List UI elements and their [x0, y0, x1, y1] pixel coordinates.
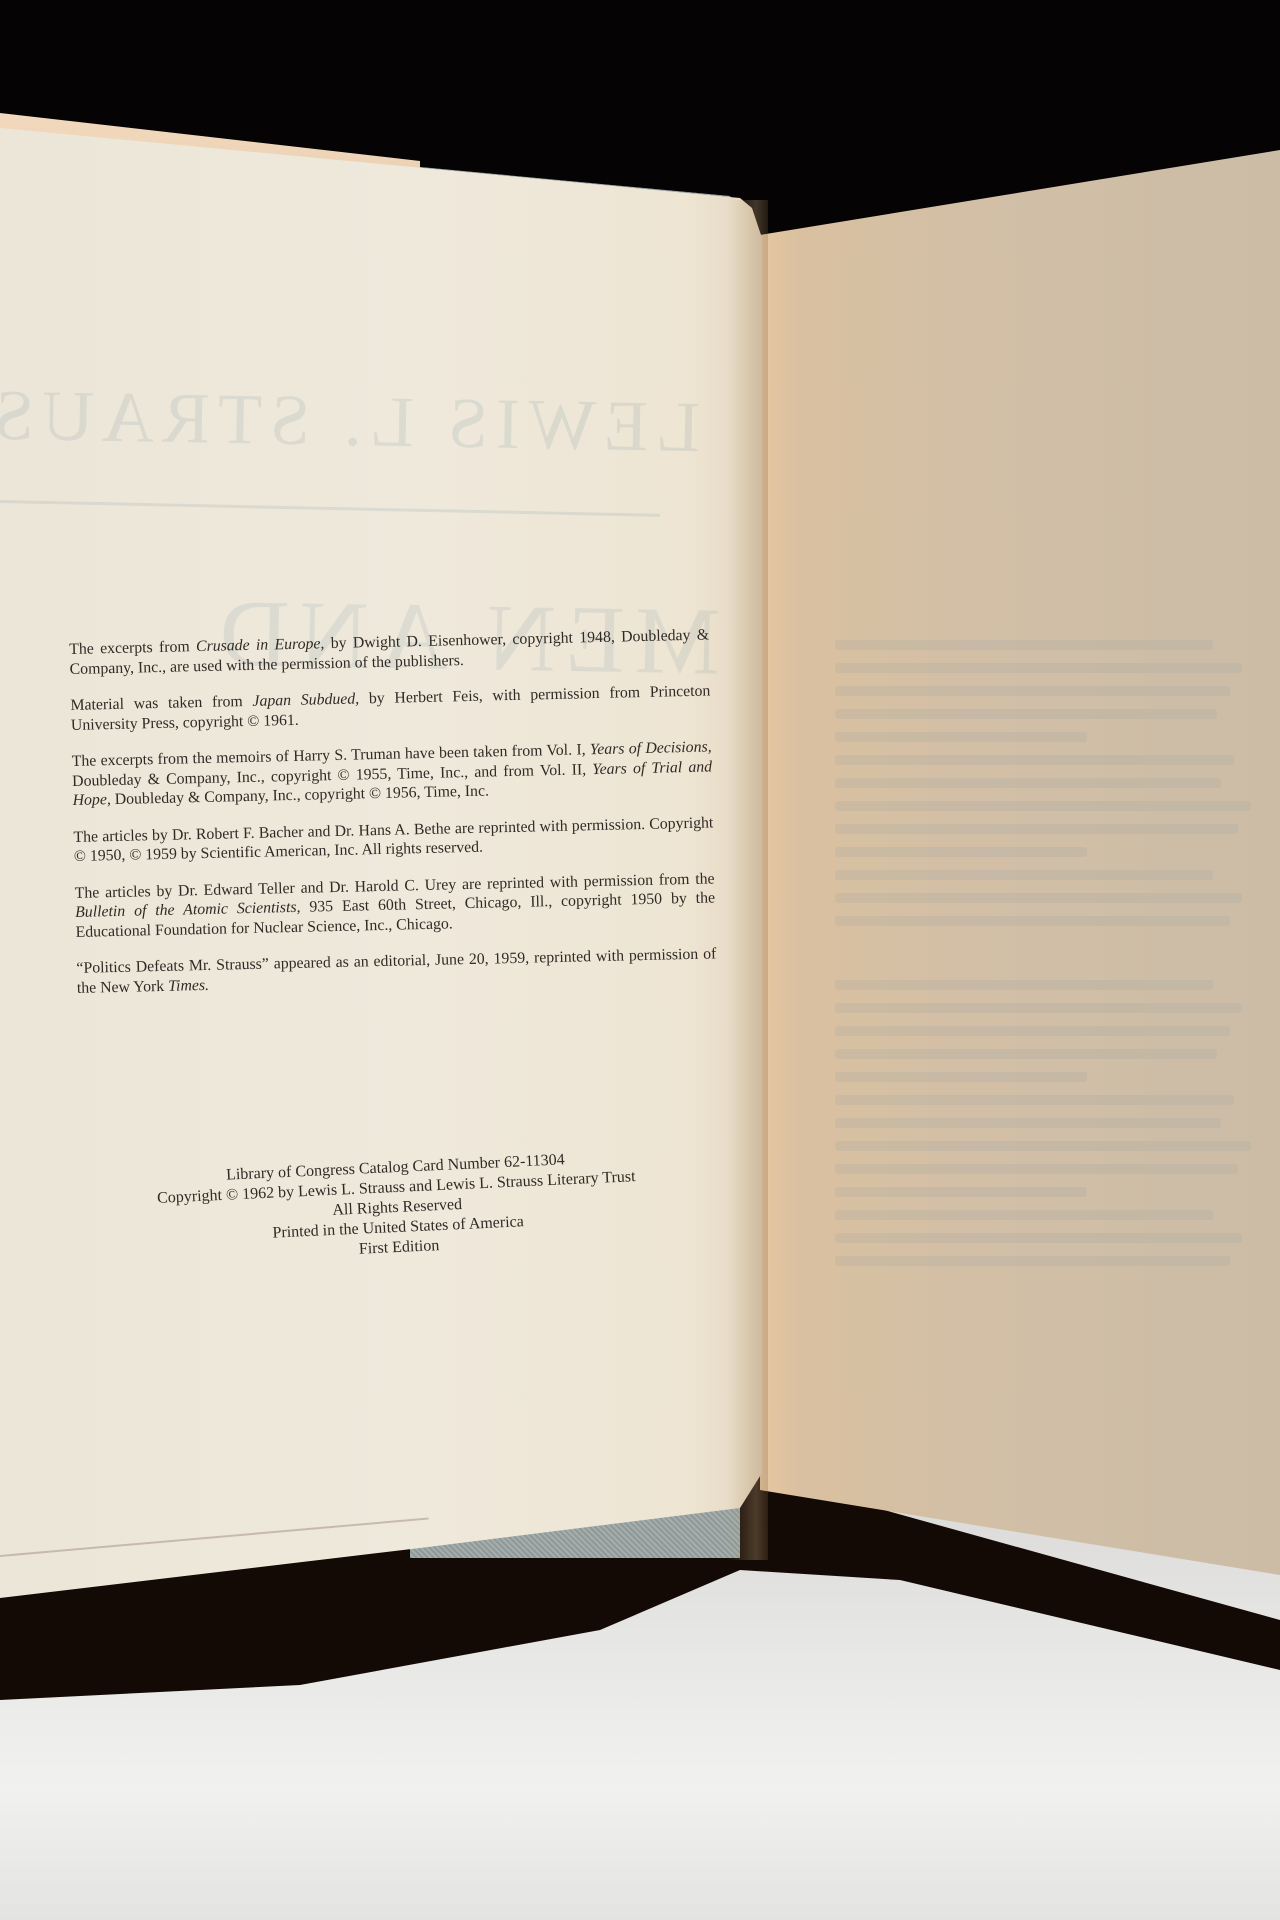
show-through-line: [835, 801, 1251, 811]
work-title: Japan Subdued,: [252, 690, 359, 709]
show-through-line: [835, 709, 1217, 719]
text-run: Material was taken from: [70, 693, 252, 714]
work-title: Crusade in Europe,: [196, 635, 325, 655]
permission-paragraph: “Politics Defeats Mr. Strauss” appeared …: [76, 944, 717, 998]
permission-paragraph: The articles by Dr. Robert F. Bacher and…: [73, 813, 714, 867]
show-through-line: [835, 1164, 1238, 1174]
permission-paragraph: Material was taken from Japan Subdued, b…: [70, 681, 711, 735]
show-through-line: [835, 1141, 1251, 1151]
show-through-line: [835, 755, 1234, 765]
show-through-line: [835, 893, 1242, 903]
show-through-author: LEWIS L. STRAUSS: [0, 374, 701, 469]
show-through-line: [835, 732, 1087, 742]
work-title: Years of Decisions,: [590, 738, 712, 758]
permission-paragraph: The articles by Dr. Edward Teller and Dr…: [75, 869, 716, 942]
work-title: Times.: [168, 976, 209, 994]
text-run: The articles by Dr. Robert F. Bacher and…: [73, 814, 713, 865]
show-through-line: [835, 1233, 1242, 1243]
permissions-text: The excerpts from Crusade in Europe, by …: [69, 625, 717, 1014]
show-through-line: [835, 686, 1230, 696]
book-gutter: [728, 200, 768, 1560]
show-through-line: [835, 980, 1213, 990]
show-through-line: [835, 916, 1230, 926]
show-through-line: [835, 1256, 1230, 1266]
show-through-line: [835, 1118, 1221, 1128]
show-through-line: [835, 870, 1213, 880]
show-through-line: [835, 1072, 1087, 1082]
show-through-line: [835, 1210, 1213, 1220]
show-through-line: [835, 1026, 1230, 1036]
show-through-line: [835, 1003, 1242, 1013]
show-through-line: [835, 778, 1221, 788]
show-through-line: [835, 824, 1238, 834]
show-through-line: [835, 1187, 1087, 1197]
show-through-line: [835, 640, 1213, 650]
text-run: The excerpts from: [69, 638, 196, 658]
show-through-line: [835, 1049, 1217, 1059]
work-title: Bulletin of the Atomic Scientists,: [75, 899, 301, 921]
show-through-line: [835, 1095, 1234, 1105]
show-through-line: [835, 847, 1087, 857]
permission-paragraph: The excerpts from the memoirs of Harry S…: [72, 737, 713, 810]
show-through-line: [835, 663, 1242, 673]
